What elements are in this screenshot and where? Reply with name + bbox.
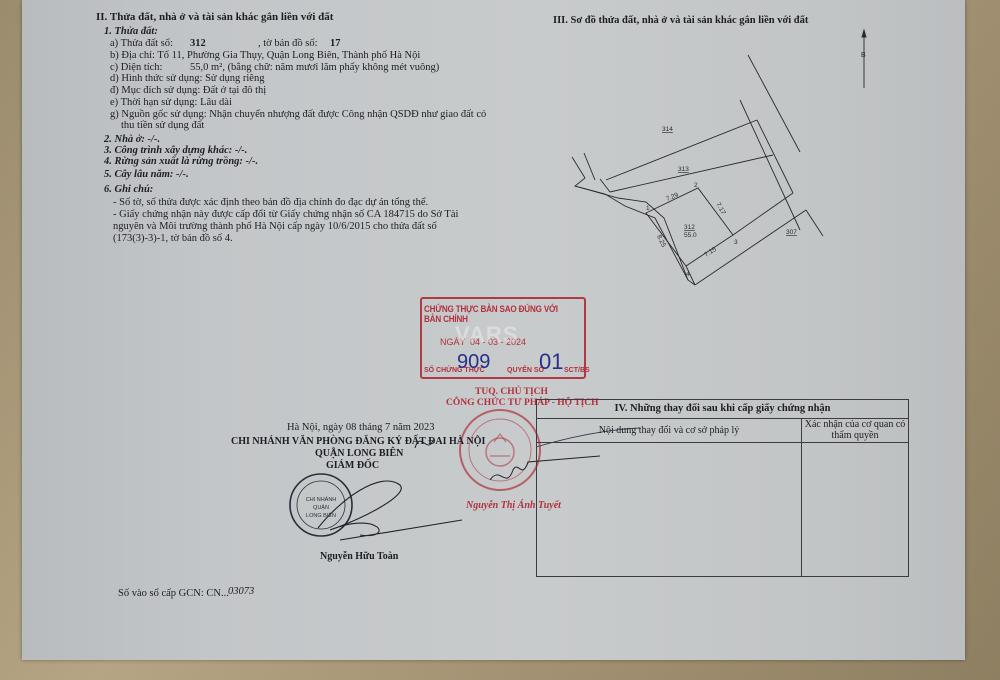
edge-2-3-length: 7.17: [714, 202, 727, 217]
vertex-2: 2: [694, 182, 698, 189]
tuq-label: TUQ. CHỦ TỊCH: [475, 387, 548, 397]
column-header-confirmation: Xác nhận của cơ quan có thẩm quyền: [802, 419, 908, 441]
parcel-312-label: 312: [684, 224, 695, 231]
parcel-313-label: 313: [678, 166, 689, 173]
edge-1-2-length: 7.29: [665, 191, 680, 202]
red-official-seal-icon: [460, 410, 540, 490]
issue-date: Hà Nội, ngày 08 tháng 7 năm 2023: [287, 422, 435, 433]
vertex-1: 1: [646, 205, 650, 212]
branch-seal-text: CHI NHÁNH QUẬN LONG BIÊN: [293, 496, 349, 520]
parcel-307-label: 307: [786, 229, 797, 236]
issuing-org-line1: CHI NHÁNH VĂN PHÒNG ĐĂNG KÝ ĐẤT ĐAI HÀ N…: [231, 436, 485, 447]
book-number: 01: [539, 349, 563, 375]
changes-table: IV. Những thay đổi sau khi cấp giấy chứn…: [536, 399, 909, 577]
edge-4-1-length: 8.25: [655, 234, 667, 249]
stamp-header: CHỨNG THỰC BẢN SAO ĐÚNG VỚI BẢN CHÍNH: [424, 304, 568, 324]
parcel-312-area: 55.0: [684, 232, 697, 239]
issuing-org-line2: QUẬN LONG BIÊN: [315, 448, 403, 459]
position-title: GIÁM ĐỐC: [326, 460, 379, 471]
edge-3-4-length: 7.15: [703, 246, 718, 259]
director-name: Nguyễn Hữu Toàn: [320, 551, 398, 562]
registry-label: Số vào sổ cấp GCN: CN...: [118, 588, 229, 599]
registry-value: 03073: [228, 586, 254, 597]
vertex-4: 4: [686, 271, 690, 278]
parcel-314-label: 314: [662, 126, 673, 133]
column-divider: [801, 418, 802, 576]
column-header-content: Nội dung thay đổi và cơ sở pháp lý: [537, 425, 801, 436]
north-label: B: [861, 52, 866, 59]
watermark: VARS: [455, 322, 519, 348]
section4-title: IV. Những thay đổi sau khi cấp giấy chứn…: [537, 400, 908, 419]
book-suffix: SCT/BS: [564, 367, 590, 374]
vertex-3: 3: [734, 239, 738, 246]
cert-number: 909: [457, 351, 490, 374]
